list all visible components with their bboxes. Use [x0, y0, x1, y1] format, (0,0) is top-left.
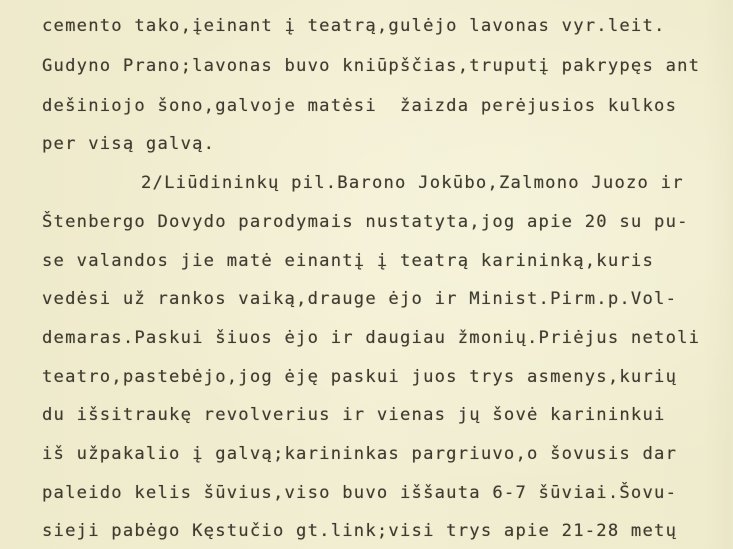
typewritten-document-page: cemento tako,įeinant į teatrą,gulėjo lav… [0, 0, 733, 549]
text-line: sieji pabėgo Kęstučio gt.link;visi trys … [42, 521, 677, 541]
text-line: paleido kelis šūvius,viso buvo iššauta 6… [42, 483, 677, 503]
text-line: per visą galvą. [42, 134, 215, 154]
text-line: iš užpakalio į galvą;karininkas pargriuv… [42, 444, 677, 464]
text-line: Štenbergo Dovydo parodymais nustatyta,jo… [42, 212, 689, 232]
text-line: se valandos jie matė einantį į teatrą ka… [42, 251, 654, 271]
text-line: dešiniojo šono,galvoje matėsi žaizda per… [42, 96, 677, 116]
text-line: Gudyno Prano;lavonas buvo kniūpščias,tru… [42, 56, 700, 76]
paragraph-start-line: 2/Liūdininkų pil.Barono Jokūbo,Zalmono J… [141, 173, 684, 193]
text-line: teatro,pastebėjo,jog ėję paskui juos try… [42, 367, 677, 387]
text-line: du išsitraukę revolverius ir vienas jų š… [42, 405, 666, 425]
paper-edge [727, 0, 733, 549]
text-line: cemento tako,įeinant į teatrą,gulėjo lav… [42, 16, 666, 36]
text-line: vedėsi už rankos vaiką,drauge ėjo ir Min… [42, 289, 677, 309]
text-line: demaras.Paskui šiuos ėjo ir daugiau žmon… [42, 328, 700, 348]
